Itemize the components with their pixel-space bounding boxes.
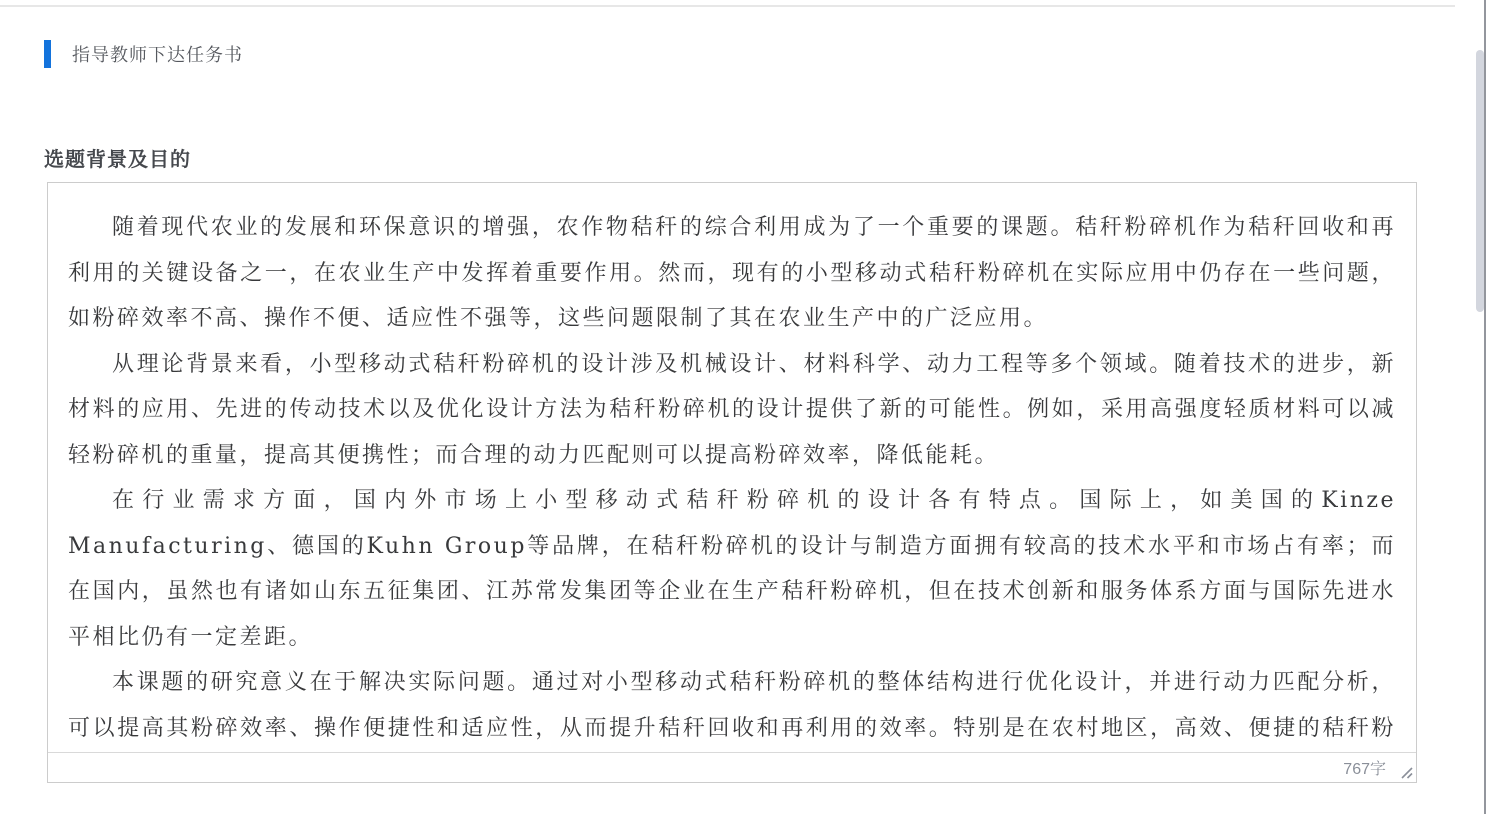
paragraph-4: 本课题的研究意义在于解决实际问题。通过对小型移动式秸秆粉碎机的整体结构进行优化设…: [68, 660, 1396, 752]
background-textarea[interactable]: 随着现代农业的发展和环保意识的增强，农作物秸秆的综合利用成为了一个重要的课题。秸…: [48, 183, 1416, 752]
background-editor-box: 随着现代农业的发展和环保意识的增强，农作物秸秆的综合利用成为了一个重要的课题。秸…: [47, 182, 1417, 783]
scrollbar-thumb[interactable]: [1476, 50, 1484, 312]
paragraph-3: 在行业需求方面，国内外市场上小型移动式秸秆粉碎机的设计各有特点。国际上，如美国的…: [68, 478, 1396, 660]
paragraph-1: 随着现代农业的发展和环保意识的增强，农作物秸秆的综合利用成为了一个重要的课题。秸…: [68, 205, 1396, 342]
section-title: 选题背景及目的: [44, 143, 191, 172]
page-header: 指导教师下达任务书: [44, 40, 243, 68]
resize-handle-icon[interactable]: [1399, 765, 1414, 780]
paragraph-2: 从理论背景来看，小型移动式秸秆粉碎机的设计涉及机械设计、材料科学、动力工程等多个…: [68, 342, 1396, 479]
page-title: 指导教师下达任务书: [72, 41, 243, 67]
top-divider: [0, 5, 1455, 7]
editor-footer: 767字: [48, 752, 1416, 782]
header-accent-bar: [44, 40, 51, 68]
word-count: 767字: [1343, 756, 1386, 779]
